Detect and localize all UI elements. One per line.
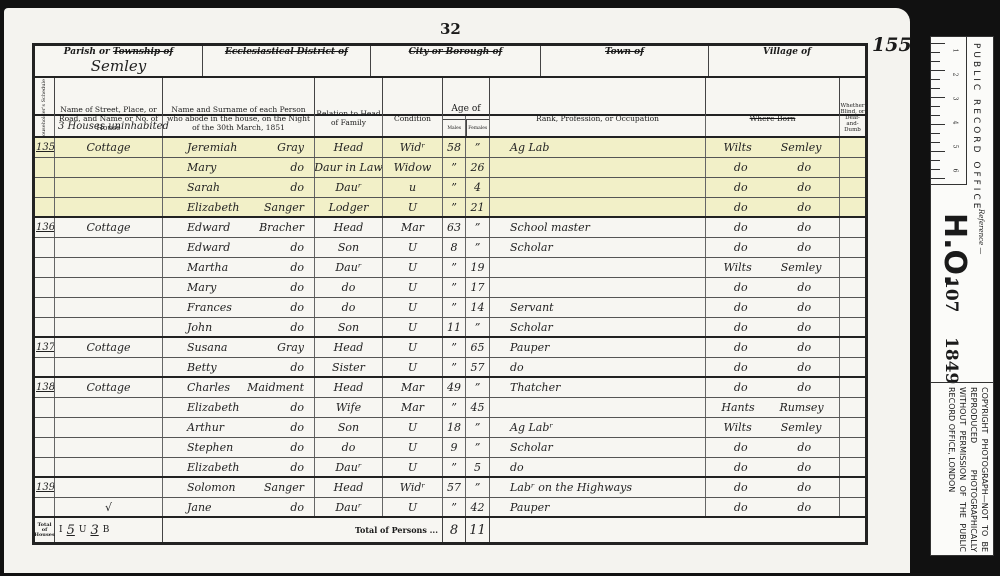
inhabited-count: 5	[67, 523, 75, 538]
born-parish: Rumsey	[779, 401, 823, 414]
forename: Edward	[187, 241, 230, 254]
born-county: do	[734, 281, 748, 294]
occupation	[490, 278, 706, 297]
schedule-number	[35, 438, 55, 457]
reference-label: Reference —	[977, 209, 985, 254]
person-name: SusanaGray	[163, 338, 315, 357]
house-name	[55, 198, 163, 216]
house-name	[55, 298, 163, 317]
person-name: JeremiahGray	[163, 138, 315, 157]
schedule-number: 137	[35, 338, 55, 357]
house-name: Cottage	[55, 138, 163, 157]
blind-deaf	[840, 138, 865, 157]
female-age: 21	[466, 198, 490, 216]
relation: do	[315, 298, 383, 317]
born-county: do	[734, 221, 748, 234]
blind-deaf	[840, 238, 865, 257]
ruler-tick	[931, 169, 940, 170]
person-name: ElizabethSanger	[163, 198, 315, 216]
village-label: Village of	[763, 47, 811, 57]
born-county: do	[734, 201, 748, 214]
person-name: Janedo	[163, 498, 315, 517]
ruler-tick	[931, 178, 945, 179]
forename: Susana	[187, 341, 227, 354]
blind-deaf	[840, 218, 865, 237]
ruler-tick	[931, 43, 945, 44]
village-cell: Village of	[709, 46, 865, 76]
born-county: do	[734, 481, 748, 494]
person-name: Edwarddo	[163, 238, 315, 257]
relation: Son	[315, 318, 383, 336]
male-age: ”	[443, 338, 466, 357]
house-name: Cottage	[55, 338, 163, 357]
where-born: dodo	[706, 218, 840, 237]
condition: U	[383, 498, 443, 517]
total-females: 11	[466, 518, 490, 542]
person-name: Marthado	[163, 258, 315, 277]
schedule-number	[35, 158, 55, 177]
table-row: 135CottageJeremiahGrayHeadWidʳ58”Ag LabW…	[35, 138, 865, 158]
where-born: dodo	[706, 358, 840, 376]
where-born: dodo	[706, 298, 840, 317]
male-age: ”	[443, 158, 466, 177]
schedule-number	[35, 318, 55, 336]
ecclesiastical-label: Ecclesiastical District of	[225, 47, 348, 57]
born-parish: do	[797, 441, 811, 454]
table-row: ElizabethdoWifeMar”45HantsRumsey	[35, 398, 865, 418]
person-name: CharlesMaidment	[163, 378, 315, 397]
person-name: Bettydo	[163, 358, 315, 376]
where-born: dodo	[706, 178, 840, 197]
male-age: ”	[443, 458, 466, 476]
born-parish: do	[797, 161, 811, 174]
occupation	[490, 158, 706, 177]
relation: Head	[315, 138, 383, 157]
occupation: Scholar	[490, 438, 706, 457]
person-name: Elizabethdo	[163, 398, 315, 417]
surname: Maidment	[247, 381, 304, 394]
ruler-mark: 4	[951, 121, 958, 125]
house-name	[55, 418, 163, 437]
born-county: do	[734, 501, 748, 514]
male-age: 8	[443, 238, 466, 257]
forename: Charles	[187, 381, 230, 394]
blind-deaf	[840, 178, 865, 197]
surname: do	[290, 441, 304, 454]
relation: Dauʳ	[315, 178, 383, 197]
surname: Sanger	[264, 481, 304, 494]
table-row: FrancesdodoU”14Servantdodo	[35, 298, 865, 318]
female-age: ”	[466, 438, 490, 457]
female-age: 57	[466, 358, 490, 376]
condition: Mar	[383, 398, 443, 417]
blind-deaf	[840, 198, 865, 216]
forename: Mary	[187, 281, 216, 294]
person-name: Johndo	[163, 318, 315, 336]
reference-piece: 107	[941, 277, 961, 313]
schedule-number	[35, 278, 55, 297]
male-age: 57	[443, 478, 466, 497]
condition: U	[383, 438, 443, 457]
surname: do	[290, 161, 304, 174]
born-parish: do	[797, 501, 811, 514]
relation: Head	[315, 478, 383, 497]
table-row: SarahdoDauʳu”4dodo	[35, 178, 865, 198]
blind-deaf	[840, 458, 865, 476]
male-age: 58	[443, 138, 466, 157]
house-name	[55, 458, 163, 476]
total-persons-label: Total of Persons ...	[163, 518, 443, 542]
ruler-mark: 3	[951, 97, 958, 101]
person-name: Marydo	[163, 278, 315, 297]
table-row: 139SolomonSangerHeadWidʳ57”Labʳ on the H…	[35, 478, 865, 498]
blind-deaf	[840, 278, 865, 297]
female-age: ”	[466, 138, 490, 157]
surname: do	[290, 181, 304, 194]
surname: do	[290, 321, 304, 334]
where-born: WiltsSemley	[706, 138, 840, 157]
table-row: MarydoDaur in LawWidow”26dodo	[35, 158, 865, 178]
born-parish: do	[797, 381, 811, 394]
where-born: dodo	[706, 318, 840, 336]
ruler-tick	[931, 124, 945, 125]
condition: Widʳ	[383, 478, 443, 497]
occupation: School master	[490, 218, 706, 237]
where-born: WiltsSemley	[706, 418, 840, 437]
city-label: City or Borough of	[409, 47, 503, 57]
occupation: Thatcher	[490, 378, 706, 397]
male-age: ”	[443, 258, 466, 277]
blind-deaf	[840, 358, 865, 376]
female-age: ”	[466, 318, 490, 336]
surname: Sanger	[264, 201, 304, 214]
table-row: StephendodoU9”Scholardodo	[35, 438, 865, 458]
person-name: Francesdo	[163, 298, 315, 317]
house-name	[55, 178, 163, 197]
schedule-number	[35, 418, 55, 437]
condition: Widʳ	[383, 138, 443, 157]
total-males: 8	[443, 518, 466, 542]
sheet-header: Parish or Township of Semley Ecclesiasti…	[35, 46, 865, 78]
born-county: do	[734, 441, 748, 454]
occupation: do	[490, 358, 706, 376]
occupation: Ag Lab	[490, 138, 706, 157]
forename: Betty	[187, 361, 217, 374]
blind-deaf	[840, 298, 865, 317]
born-parish: do	[797, 221, 811, 234]
ruler-mark: 1	[951, 49, 958, 53]
condition: Widow	[383, 158, 443, 177]
table-row: 137CottageSusanaGrayHeadU”65Pauperdodo	[35, 338, 865, 358]
census-sheet: Parish or Township of Semley Ecclesiasti…	[32, 43, 868, 545]
occupation: do	[490, 458, 706, 476]
forename: Elizabeth	[187, 401, 239, 414]
male-age: 63	[443, 218, 466, 237]
reference-strip: 123456 PUBLIC RECORD OFFICE Reference — …	[930, 36, 994, 556]
born-parish: do	[797, 301, 811, 314]
schedule-number	[35, 298, 55, 317]
female-age: 65	[466, 338, 490, 357]
forename: Stephen	[187, 441, 233, 454]
house-name	[55, 258, 163, 277]
surname: do	[290, 241, 304, 254]
female-age: ”	[466, 238, 490, 257]
folio-number: 32	[440, 20, 461, 38]
female-age: 45	[466, 398, 490, 417]
occupation: Labʳ on the Highways	[490, 478, 706, 497]
table-row: ElizabethdoDauʳU”5dododo	[35, 458, 865, 478]
surname: do	[290, 401, 304, 414]
forename: Sarah	[187, 181, 220, 194]
house-name	[55, 158, 163, 177]
male-age: 9	[443, 438, 466, 457]
relation: Head	[315, 378, 383, 397]
uninhabited-row: 3 Houses uninhabited	[35, 116, 865, 138]
schedule-number	[35, 358, 55, 376]
forename: Frances	[187, 301, 232, 314]
table-row: ArthurdoSonU18”Ag LabʳWiltsSemley	[35, 418, 865, 438]
ruler-tick	[931, 88, 940, 89]
ruler-tick	[931, 106, 940, 107]
where-born: dodo	[706, 238, 840, 257]
male-age: ”	[443, 358, 466, 376]
born-county: do	[734, 381, 748, 394]
schedule-number	[35, 238, 55, 257]
female-age: ”	[466, 218, 490, 237]
condition: U	[383, 418, 443, 437]
male-age: 18	[443, 418, 466, 437]
town-cell: Town of	[541, 46, 709, 76]
forename: Elizabeth	[187, 201, 239, 214]
born-parish: do	[797, 481, 811, 494]
house-name	[55, 278, 163, 297]
surname: do	[290, 361, 304, 374]
blind-deaf	[840, 398, 865, 417]
relation: Dauʳ	[315, 258, 383, 277]
occupation: Servant	[490, 298, 706, 317]
condition: U	[383, 238, 443, 257]
born-county: do	[734, 161, 748, 174]
male-age: 49	[443, 378, 466, 397]
occupation	[490, 258, 706, 277]
condition: U	[383, 318, 443, 336]
occupation: Ag Labʳ	[490, 418, 706, 437]
schedule-number	[35, 458, 55, 476]
parish-struck-label: Township of	[113, 47, 173, 57]
born-county: do	[734, 181, 748, 194]
born-parish: Semley	[781, 141, 822, 154]
table-row: √JanedoDauʳU”42Pauperdodo	[35, 498, 865, 518]
relation: do	[315, 278, 383, 297]
ruler-tick	[931, 70, 945, 71]
table-row: MarydodoU”17dodo	[35, 278, 865, 298]
surname: do	[290, 461, 304, 474]
born-parish: do	[797, 341, 811, 354]
house-name	[55, 238, 163, 257]
relation: Dauʳ	[315, 498, 383, 517]
occupation: Pauper	[490, 338, 706, 357]
born-parish: do	[797, 321, 811, 334]
house-name	[55, 438, 163, 457]
relation: Head	[315, 218, 383, 237]
occupation	[490, 198, 706, 216]
born-county: Wilts	[724, 421, 752, 434]
born-parish: do	[797, 201, 811, 214]
schedule-number	[35, 498, 55, 517]
blind-deaf	[840, 438, 865, 457]
condition: U	[383, 298, 443, 317]
forename: Solomon	[187, 481, 235, 494]
schedule-number: 138	[35, 378, 55, 397]
female-age: 19	[466, 258, 490, 277]
occupation	[490, 178, 706, 197]
relation: Head	[315, 338, 383, 357]
male-age: 11	[443, 318, 466, 336]
total-houses: I 5 U 3 B	[55, 518, 163, 542]
where-born: dodo	[706, 438, 840, 457]
blind-deaf	[840, 498, 865, 517]
female-age: 17	[466, 278, 490, 297]
schedule-number: 135	[35, 138, 55, 157]
forename: Martha	[187, 261, 228, 274]
parish-cell: Parish or Township of Semley	[35, 46, 203, 76]
surname: Gray	[277, 341, 304, 354]
where-born: dodo	[706, 158, 840, 177]
copyright-notice: COPYRIGHT PHOTOGRAPH—NOT TO BE REPRODUCE…	[931, 382, 993, 556]
ruler-mark: 6	[951, 169, 958, 173]
ruler-tick	[931, 160, 940, 161]
where-born: dodo	[706, 278, 840, 297]
born-county: Wilts	[724, 261, 752, 274]
female-age: ”	[466, 478, 490, 497]
occupation: Scholar	[490, 238, 706, 257]
table-row: EdwarddoSonU8”Scholardodo	[35, 238, 865, 258]
female-age: 26	[466, 158, 490, 177]
person-name: Stephendo	[163, 438, 315, 457]
ruler-mark: 5	[951, 145, 958, 149]
schedule-number	[35, 178, 55, 197]
condition: U	[383, 358, 443, 376]
reference-class: H.O.	[937, 213, 972, 286]
female-age: ”	[466, 378, 490, 397]
surname: do	[290, 501, 304, 514]
male-age: ”	[443, 498, 466, 517]
person-name: Elizabethdo	[163, 458, 315, 476]
condition: u	[383, 178, 443, 197]
schedule-number: 136	[35, 218, 55, 237]
surname: do	[290, 301, 304, 314]
relation: Daur in Law	[315, 158, 383, 177]
table-row: JohndoSonU11”Scholardodo	[35, 318, 865, 338]
male-age: ”	[443, 298, 466, 317]
table-row: BettydoSisterU”57dododo	[35, 358, 865, 378]
condition: U	[383, 278, 443, 297]
female-age: 5	[466, 458, 490, 476]
blind-deaf	[840, 318, 865, 336]
ecclesiastical-cell: Ecclesiastical District of	[203, 46, 371, 76]
totals-row: Total of Houses I 5 U 3 B Total of Perso…	[35, 516, 865, 542]
relation: Wife	[315, 398, 383, 417]
blind-deaf	[840, 378, 865, 397]
relation: Son	[315, 418, 383, 437]
born-county: do	[734, 361, 748, 374]
stamp-number: 155	[872, 34, 912, 56]
census-page: 32 155 Parish or Township of Semley Eccl…	[4, 8, 910, 573]
born-county: do	[734, 321, 748, 334]
condition: U	[383, 458, 443, 476]
schedule-number	[35, 198, 55, 216]
born-parish: do	[797, 281, 811, 294]
born-county: do	[734, 341, 748, 354]
where-born: HantsRumsey	[706, 398, 840, 417]
schedule-number	[35, 398, 55, 417]
surname: do	[290, 281, 304, 294]
condition: U	[383, 338, 443, 357]
where-born: dodo	[706, 198, 840, 216]
forename: John	[187, 321, 212, 334]
condition: U	[383, 198, 443, 216]
surname: do	[290, 421, 304, 434]
table-row: MarthadoDauʳU”19WiltsSemley	[35, 258, 865, 278]
ruler-tick	[931, 151, 945, 152]
scale-ruler: 123456	[931, 37, 967, 185]
house-name	[55, 318, 163, 336]
male-age: ”	[443, 278, 466, 297]
surname: Bracher	[259, 221, 304, 234]
blind-deaf	[840, 418, 865, 437]
male-age: ”	[443, 198, 466, 216]
census-rows: 3 Houses uninhabited 135CottageJeremiahG…	[35, 116, 865, 518]
female-age: 14	[466, 298, 490, 317]
born-parish: do	[797, 181, 811, 194]
male-age: ”	[443, 178, 466, 197]
blind-deaf	[840, 258, 865, 277]
surname: Gray	[277, 141, 304, 154]
female-age: 42	[466, 498, 490, 517]
condition: U	[383, 258, 443, 277]
total-houses-label: Total of Houses	[35, 518, 55, 542]
surname: do	[290, 261, 304, 274]
ruler-tick	[931, 133, 940, 134]
record-office-title: PUBLIC RECORD OFFICE	[971, 43, 981, 211]
born-parish: Semley	[781, 261, 822, 274]
uninhabited-note: 3 Houses uninhabited	[55, 116, 163, 136]
house-name: √	[55, 498, 163, 517]
blind-deaf	[840, 478, 865, 497]
house-name	[55, 478, 163, 497]
where-born: WiltsSemley	[706, 258, 840, 277]
schedule-number: 139	[35, 478, 55, 497]
born-parish: do	[797, 461, 811, 474]
parish-label: Parish or	[64, 47, 110, 57]
condition: Mar	[383, 218, 443, 237]
ruler-tick	[931, 142, 940, 143]
table-row: 138CottageCharlesMaidmentHeadMar49”Thatc…	[35, 378, 865, 398]
occupation: Scholar	[490, 318, 706, 336]
ruler-tick	[931, 61, 940, 62]
forename: Jane	[187, 501, 212, 514]
house-name: Cottage	[55, 218, 163, 237]
born-parish: do	[797, 361, 811, 374]
born-county: do	[734, 461, 748, 474]
born-parish: Semley	[781, 421, 822, 434]
relation: Dauʳ	[315, 458, 383, 476]
ruler-tick	[931, 115, 940, 116]
occupation: Pauper	[490, 498, 706, 517]
person-name: Sarahdo	[163, 178, 315, 197]
ruler-tick	[931, 97, 945, 98]
person-name: EdwardBracher	[163, 218, 315, 237]
